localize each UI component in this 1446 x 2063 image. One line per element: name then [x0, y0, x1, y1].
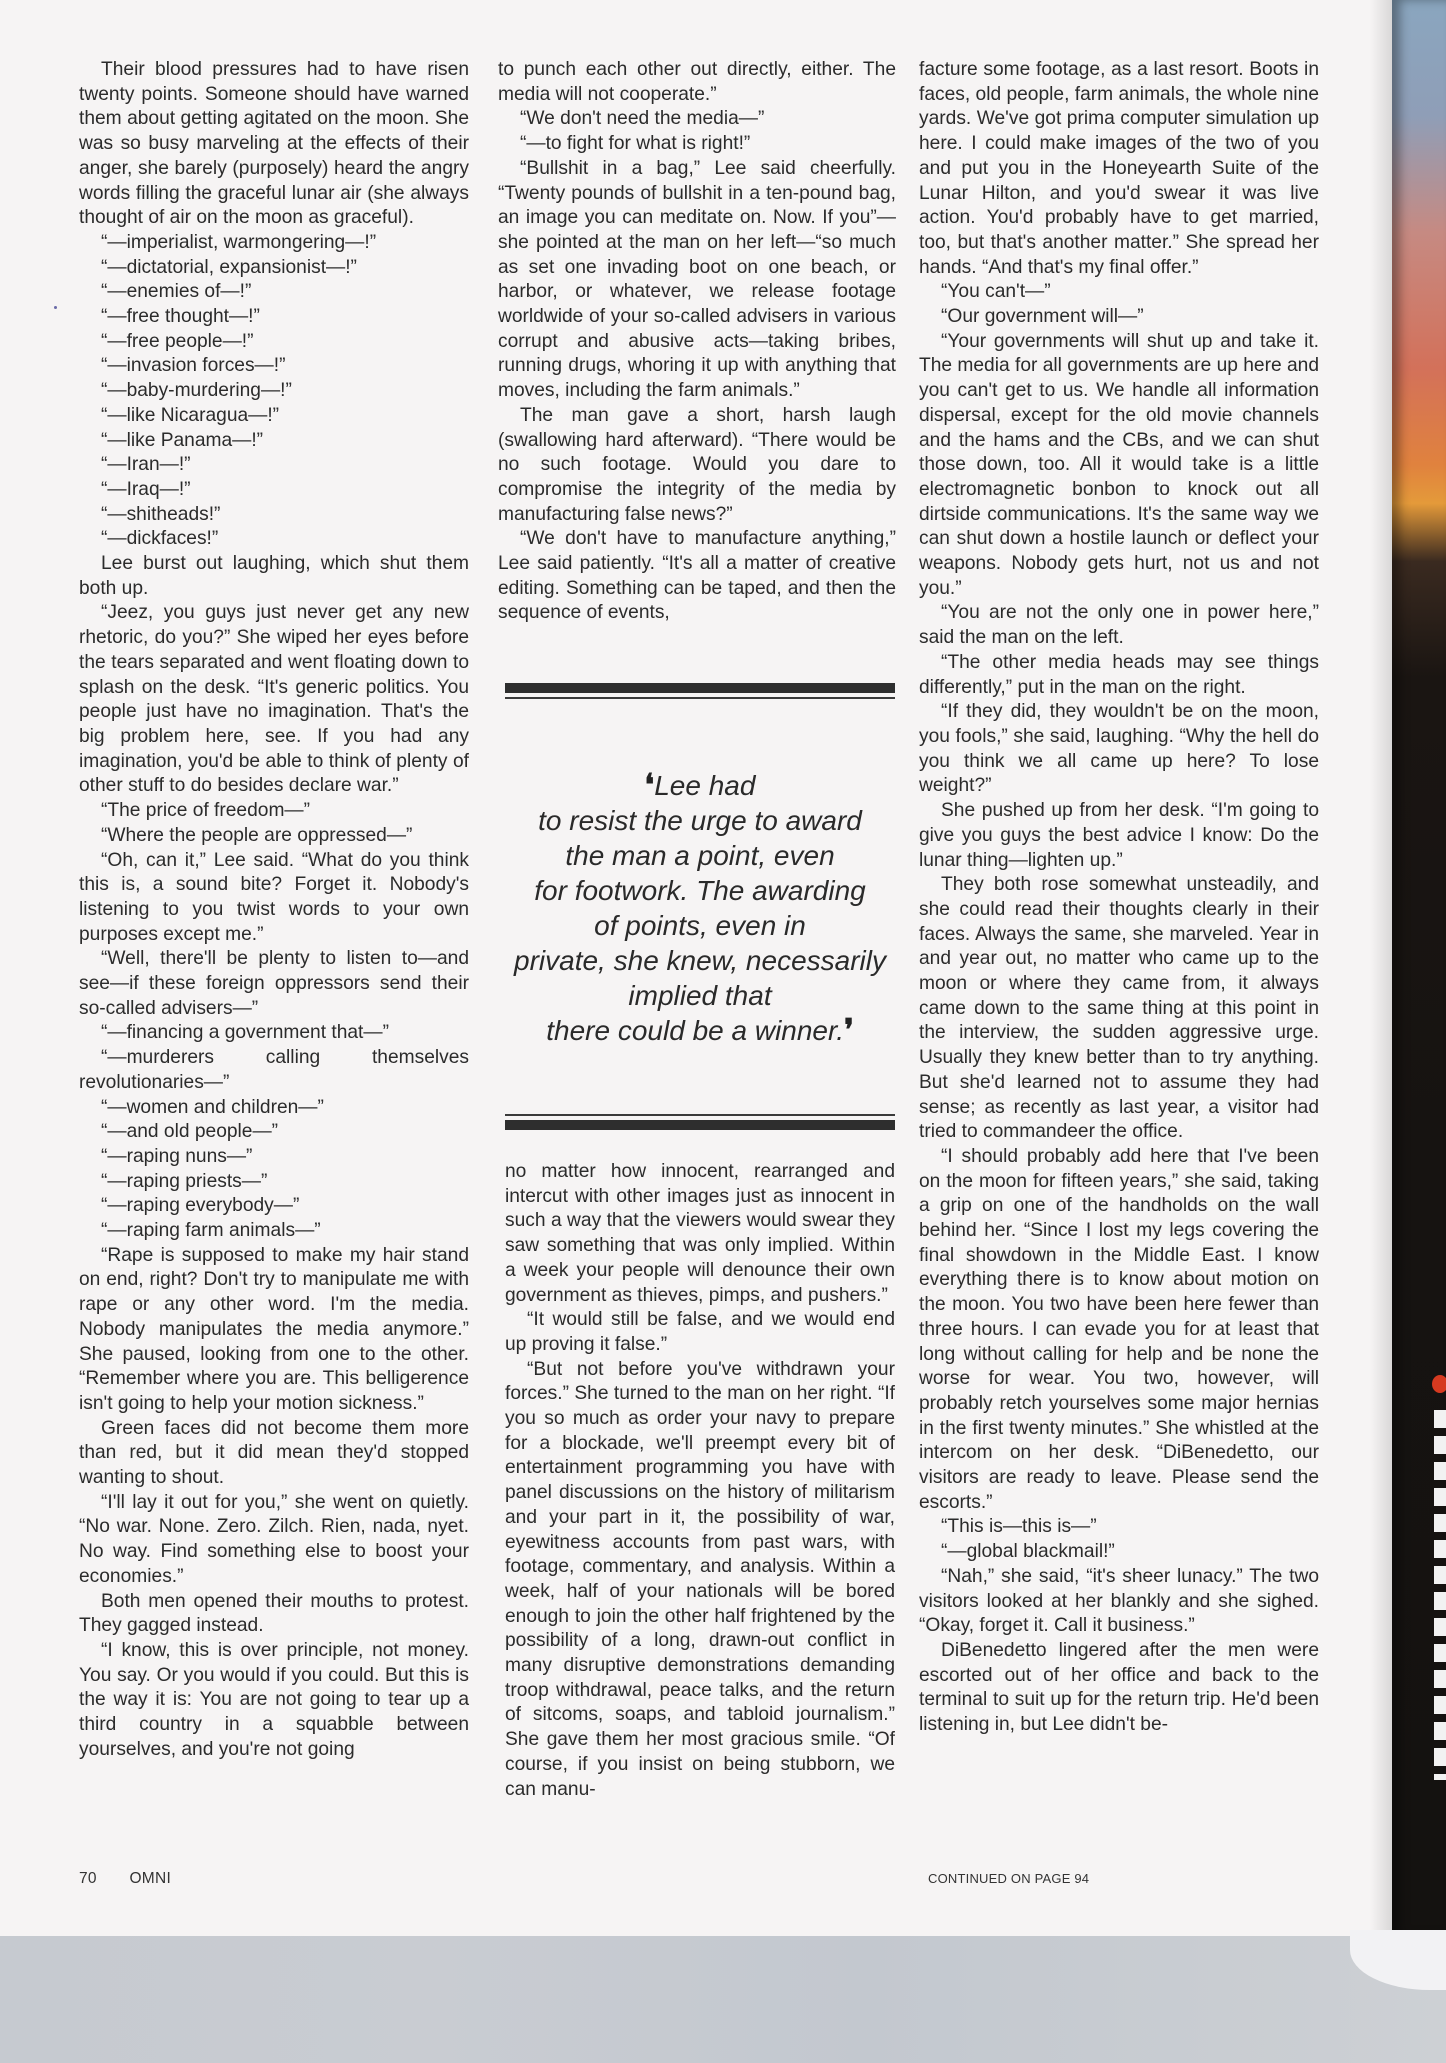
- dialogue-line: “—like Nicaragua—!”: [79, 404, 469, 429]
- dialogue-line: “This is—this is—”: [919, 1515, 1319, 1540]
- dialogue-line: “—enemies of—!”: [79, 280, 469, 305]
- paragraph: The man gave a short, harsh laugh (swall…: [498, 404, 896, 528]
- paragraph: Both men opened their mouths to protest.…: [79, 1590, 469, 1639]
- pull-quote: ❛Lee had to resist the urge to award the…: [495, 768, 905, 1048]
- dialogue-line: “—financing a government that—”: [79, 1021, 469, 1046]
- pull-quote-line: the man a point, even: [495, 838, 905, 873]
- dialogue-line: “—to fight for what is right!”: [498, 132, 896, 157]
- paragraph: They both rose somewhat unsteadily, and …: [919, 873, 1319, 1145]
- dialogue-line: “—baby-murdering—!”: [79, 379, 469, 404]
- dialogue-line: “—shitheads!”: [79, 503, 469, 528]
- paragraph: “Bullshit in a bag,” Lee said cheerfully…: [498, 157, 896, 404]
- dialogue-line: “—raping everybody—”: [79, 1194, 469, 1219]
- pull-quote-line: for footwork. The awarding: [495, 873, 905, 908]
- paragraph: “—murderers calling themselves revolutio…: [79, 1046, 469, 1095]
- paragraph: no matter how innocent, rearranged and i…: [505, 1160, 895, 1308]
- pull-quote-line: there could be a winner.❜: [495, 1013, 905, 1048]
- page-gutter-shadow: [1370, 0, 1394, 1936]
- paragraph: facture some footage, as a last resort. …: [919, 58, 1319, 280]
- text-column-3: facture some footage, as a last resort. …: [919, 58, 1319, 1738]
- pull-quote-rule-top-thin: [505, 697, 895, 699]
- adjacent-page-text-fragment: [1434, 1410, 1446, 1780]
- paragraph: to punch each other out directly, either…: [498, 58, 896, 107]
- pull-quote-line: ❛Lee had: [495, 768, 905, 803]
- paragraph: “I should probably add here that I've be…: [919, 1145, 1319, 1516]
- dialogue-line: “—women and children—”: [79, 1096, 469, 1121]
- paragraph: “I know, this is over principle, not mon…: [79, 1639, 469, 1763]
- paragraph: “But not before you've withdrawn your fo…: [505, 1358, 895, 1803]
- pull-quote-rule-bottom: [505, 1120, 895, 1130]
- paragraph: “Your governments will shut up and take …: [919, 330, 1319, 602]
- paragraph: “The other media heads may see things di…: [919, 651, 1319, 700]
- pull-quote-line: of points, even in: [495, 908, 905, 943]
- pull-quote-line: implied that: [495, 978, 905, 1013]
- text-column-1: Their blood pressures had to have risen …: [79, 58, 469, 1763]
- magazine-name: OMNI: [129, 1870, 171, 1888]
- dialogue-line: “—dickfaces!”: [79, 527, 469, 552]
- dialogue-line: “—Iran—!”: [79, 453, 469, 478]
- dialogue-line: “—dictatorial, expansionist—!”: [79, 256, 469, 281]
- pull-quote-rule-bottom-thin: [505, 1114, 895, 1116]
- page-folio: 70 OMNI: [79, 1870, 171, 1888]
- pull-quote-rule-top: [505, 683, 895, 693]
- text-column-2-continued: no matter how innocent, rearranged and i…: [505, 1160, 895, 1802]
- page-number: 70: [79, 1870, 97, 1888]
- magazine-page: Their blood pressures had to have risen …: [0, 0, 1412, 1936]
- paragraph: She pushed up from her desk. “I'm going …: [919, 799, 1319, 873]
- paragraph: “Rape is supposed to make my hair stand …: [79, 1244, 469, 1417]
- dialogue-line: “—global blackmail!”: [919, 1540, 1319, 1565]
- paragraph: “You are not the only one in power here,…: [919, 601, 1319, 650]
- paragraph: “I'll lay it out for you,” she went on q…: [79, 1491, 469, 1590]
- paragraph: “Jeez, you guys just never get any new r…: [79, 601, 469, 799]
- paragraph: “We don't have to manufacture anything,”…: [498, 527, 896, 626]
- paragraph: “It would still be false, and we would e…: [505, 1308, 895, 1357]
- dialogue-line: “—raping priests—”: [79, 1170, 469, 1195]
- red-mark-icon: [1432, 1375, 1446, 1393]
- close-quote-icon: ❜: [844, 1014, 854, 1047]
- adjacent-page-photo-strip: [1392, 0, 1446, 1936]
- scanner-background: [0, 1936, 1446, 2063]
- continued-on-page: CONTINUED ON PAGE 94: [928, 1871, 1089, 1886]
- dialogue-line: “Where the people are oppressed—”: [79, 824, 469, 849]
- pull-quote-line: to resist the urge to award: [495, 803, 905, 838]
- dialogue-line: “—invasion forces—!”: [79, 354, 469, 379]
- paragraph: “Well, there'll be plenty to listen to—a…: [79, 947, 469, 1021]
- dialogue-line: “The price of freedom—”: [79, 799, 469, 824]
- dialogue-line: “—raping nuns—”: [79, 1145, 469, 1170]
- dialogue-line: “—Iraq—!”: [79, 478, 469, 503]
- dialogue-line: “—raping farm animals—”: [79, 1219, 469, 1244]
- dialogue-line: “Our government will—”: [919, 305, 1319, 330]
- dialogue-line: “—like Panama—!”: [79, 429, 469, 454]
- print-speck: [54, 306, 57, 309]
- paragraph: “Nah,” she said, “it's sheer lunacy.” Th…: [919, 1565, 1319, 1639]
- paragraph: Their blood pressures had to have risen …: [79, 58, 469, 231]
- dialogue-line: “—free thought—!”: [79, 305, 469, 330]
- open-quote-icon: ❛: [645, 769, 655, 802]
- pull-quote-line: private, she knew, necessarily: [495, 943, 905, 978]
- paragraph: Lee burst out laughing, which shut them …: [79, 552, 469, 601]
- dialogue-line: “—free people—!”: [79, 330, 469, 355]
- paragraph: Green faces did not become them more tha…: [79, 1417, 469, 1491]
- dialogue-line: “We don't need the media—”: [498, 107, 896, 132]
- paragraph: DiBenedetto lingered after the men were …: [919, 1639, 1319, 1738]
- paragraph: “Oh, can it,” Lee said. “What do you thi…: [79, 849, 469, 948]
- dialogue-line: “You can't—”: [919, 280, 1319, 305]
- dialogue-line: “—imperialist, warmongering—!”: [79, 231, 469, 256]
- dialogue-line: “—and old people—”: [79, 1120, 469, 1145]
- paragraph: “If they did, they wouldn't be on the mo…: [919, 700, 1319, 799]
- text-column-2: to punch each other out directly, either…: [498, 58, 896, 626]
